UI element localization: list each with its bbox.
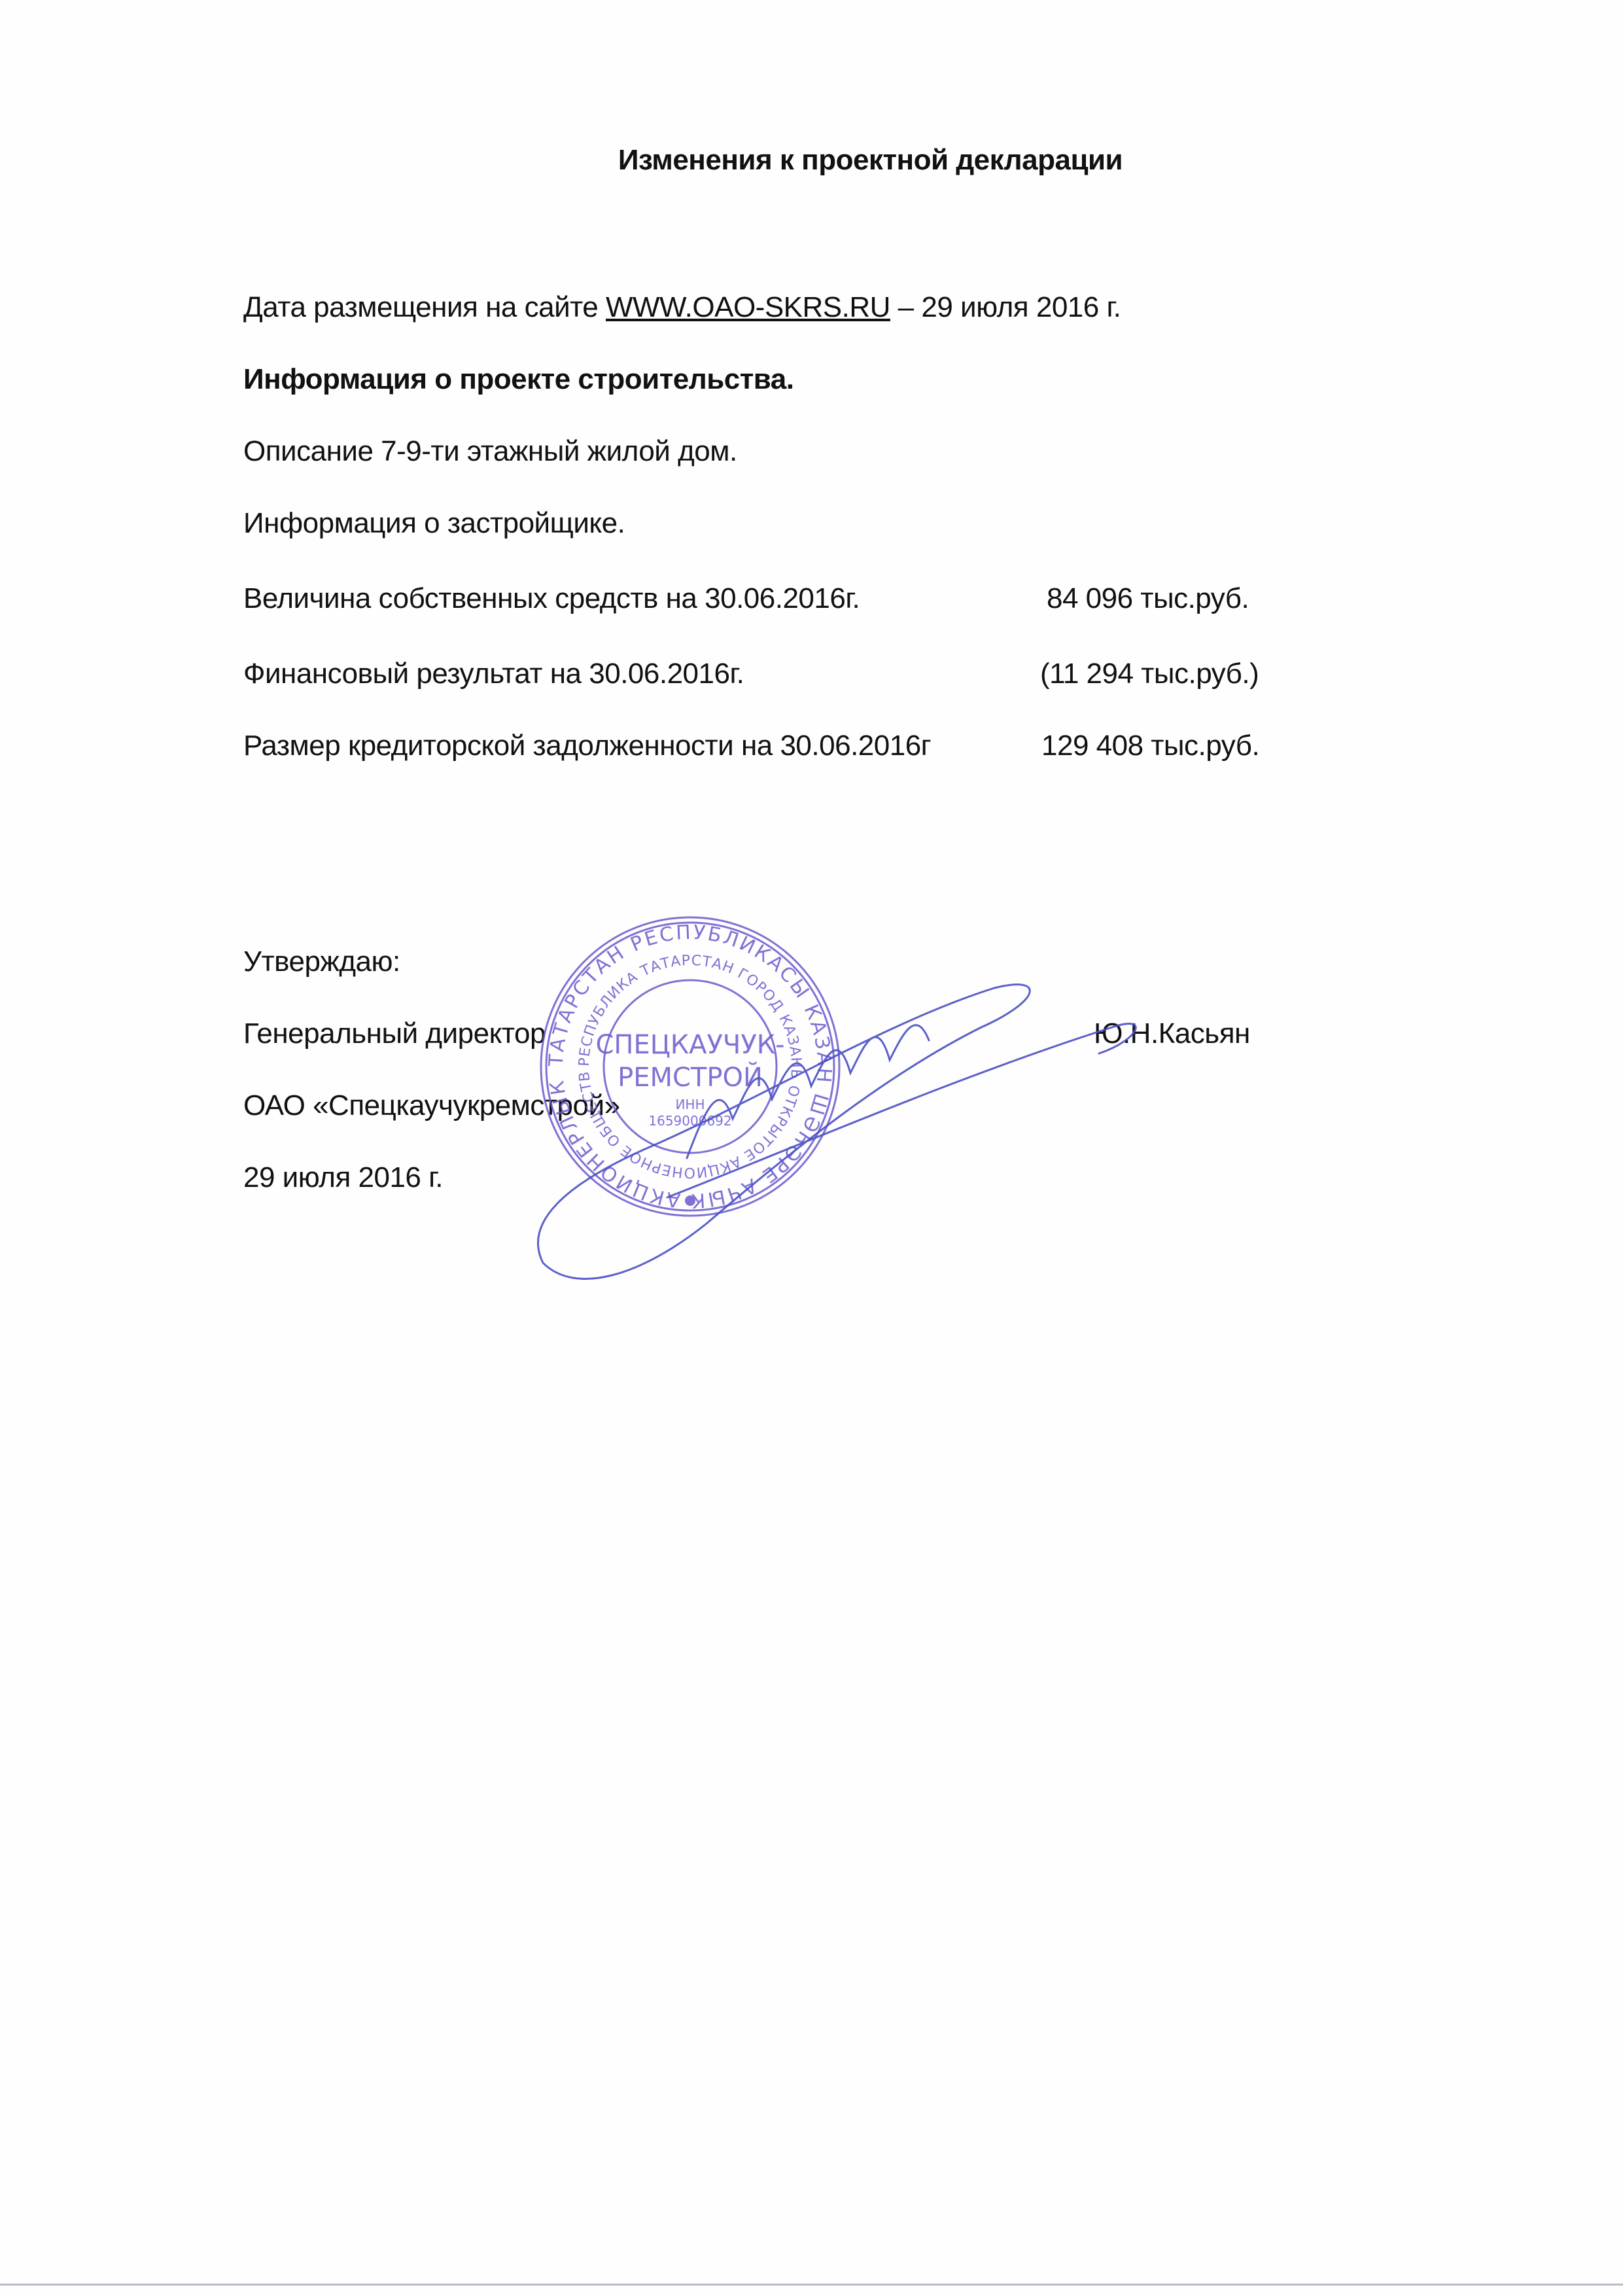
financial-value-payables: 129 408 тыс.руб. bbox=[1041, 730, 1259, 762]
developer-heading: Информация о застройщике. bbox=[243, 507, 625, 540]
document-title: Изменения к проектной декларации bbox=[59, 144, 1623, 177]
document-page: Изменения к проектной декларации Дата ра… bbox=[0, 0, 1623, 2296]
section-heading: Информация о проекте строительства. bbox=[243, 363, 794, 396]
website-link[interactable]: WWW.OAO-SKRS.RU bbox=[606, 291, 890, 323]
position-label: Генеральный директор bbox=[243, 1017, 546, 1050]
signature-icon bbox=[523, 949, 1178, 1289]
publish-prefix: Дата размещения на сайте bbox=[243, 291, 606, 323]
project-description: Описание 7-9-ти этажный жилой дом. bbox=[243, 435, 737, 468]
approve-label: Утверждаю: bbox=[243, 945, 400, 978]
financial-label-payables: Размер кредиторской задолженности на 30.… bbox=[243, 730, 931, 762]
publish-date-line: Дата размещения на сайте WWW.OAO-SKRS.RU… bbox=[243, 291, 1121, 324]
publish-suffix: – 29 июля 2016 г. bbox=[890, 291, 1121, 323]
scan-bottom-edge bbox=[0, 2284, 1623, 2286]
financial-value-result: (11 294 тыс.руб.) bbox=[1040, 658, 1259, 690]
financial-value-equity: 84 096 тыс.руб. bbox=[1047, 582, 1249, 615]
approval-date: 29 июля 2016 г. bbox=[243, 1161, 443, 1194]
financial-label-result: Финансовый результат на 30.06.2016г. bbox=[243, 658, 744, 690]
financial-label-equity: Величина собственных средств на 30.06.20… bbox=[243, 582, 860, 615]
